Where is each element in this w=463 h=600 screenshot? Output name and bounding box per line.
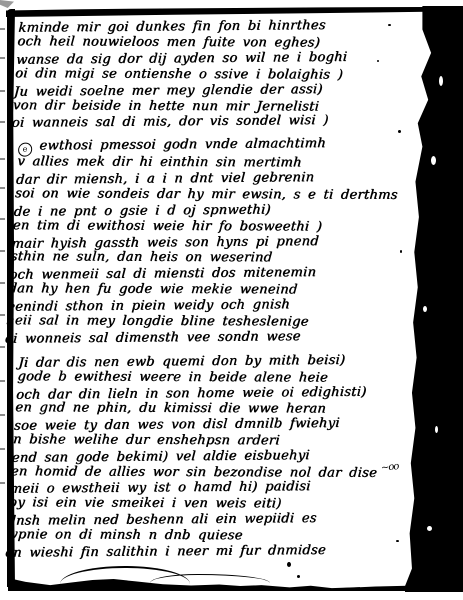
- ink-speck: [287, 562, 291, 567]
- scan-tick: [0, 90, 5, 92]
- corner-smudge: [0, 0, 14, 8]
- scan-tick: [0, 187, 5, 189]
- text-line: oi wanneis sal di mis, dor vis sondel wi…: [11, 113, 400, 132]
- text-line: Ju weidi soelne mer mey glendie der assi…: [13, 81, 402, 100]
- handwritten-text: kminde mir goi dunkes fin fon bi hinrthe…: [19, 19, 407, 560]
- paper-speck: [431, 156, 436, 165]
- scan-tick: [0, 380, 5, 382]
- margin-flourish-mark: ~oo: [380, 461, 398, 474]
- page-border-bottom-right: [338, 585, 463, 591]
- scan-tick: [0, 158, 5, 160]
- scan-tick: [0, 414, 5, 416]
- binding-shadow-band: [405, 6, 463, 592]
- scan-tick: [0, 482, 5, 484]
- scan-tick: [0, 282, 5, 284]
- paragraph-2: eewthosi pmessoi godn vnde almachtimh v …: [4, 137, 407, 346]
- text-line-text: ewthosi pmessoi godn vnde almachtimh: [39, 136, 326, 153]
- scan-tick: [0, 218, 5, 220]
- scan-tick: [0, 28, 5, 30]
- ink-speck: [297, 575, 300, 578]
- scan-tick: [0, 250, 5, 252]
- page-border-top: [6, 7, 427, 17]
- paper-speck: [435, 426, 438, 433]
- text-line: en wieshi fin salithin i neer mi fur dnm…: [5, 542, 394, 561]
- paragraph-3: Ji dar dis nen ewb quemi don by mith bei…: [5, 354, 407, 559]
- bottom-smudge-line: [150, 574, 270, 583]
- scan-tick: [0, 448, 5, 450]
- scan-tick: [0, 314, 5, 316]
- paper-speck: [427, 526, 432, 531]
- paragraph-1: kminde mir goi dunkes fin fon bi hinrthe…: [11, 19, 407, 130]
- manuscript-page: kminde mir goi dunkes fin fon bi hinrthe…: [0, 0, 463, 600]
- scan-tick: [0, 57, 5, 59]
- paper-speck: [423, 306, 427, 312]
- paper-speck: [439, 76, 443, 86]
- scan-tick: [0, 121, 5, 123]
- text-line: oi wonneis sal dimensth vee sondn wese: [4, 329, 393, 348]
